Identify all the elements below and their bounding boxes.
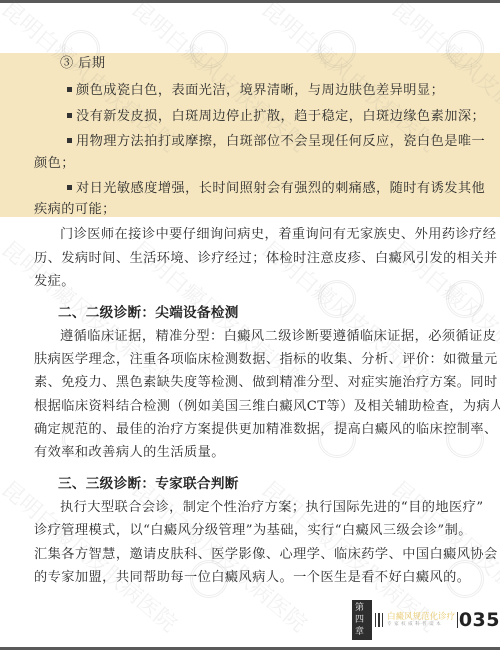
paragraph-line: 门诊医师在接诊中要仔细询问病史，着重询问有无家族史、外用药诊疗经: [60, 226, 496, 244]
watermark-seal-icon: [446, 280, 484, 318]
paragraph-line: 执行大型联合会诊，制定个性治疗方案；执行国际先进的“目的地医疗”: [60, 499, 484, 517]
book-title-sub: 专家权威科普读本: [387, 622, 455, 628]
paragraph-line: 确定规范的、最佳的治疗方案提供更加精准数据，提高白癜风的临床控制率、: [34, 421, 498, 439]
bullet-item-continuation: 颜色；: [34, 155, 75, 173]
stage-subheading: ③ 后期: [60, 55, 106, 73]
section-heading-level3: 三、三级诊断：专家联合判断: [58, 472, 239, 492]
footer-separator: [457, 612, 458, 628]
paragraph-line: 的专家加盟，共同帮助每一位白癜风病人。一个医生是看不好白癜风的。: [34, 569, 470, 587]
paragraph-line: 素、免疫力、黑色素缺失度等检测、做到精准分型、对症实施治疗方案。同时: [34, 374, 498, 392]
paragraph-line: 发症。: [34, 273, 75, 291]
paragraph-line: 根据临床资料结合检测（例如美国三维白癜风CT等）及相关辅助检查，为病人: [34, 398, 500, 416]
book-title-main: 白癜风规范化诊疗: [387, 612, 455, 622]
paragraph-line: 历、发病时间、生活环境、诊疗经过；体检时注意皮疹、白癜风引发的相关并: [34, 250, 498, 268]
book-title: 白癜风规范化诊疗 专家权威科普读本: [387, 612, 455, 628]
square-bullet-icon: [67, 138, 72, 143]
paragraph-line: 遵循临床证据，精准分型：白癜风二级诊断要遵循临床证据，必须循证皮: [60, 328, 496, 346]
page-footer: 第四章 白癜风规范化诊疗 专家权威科普读本 035: [352, 610, 500, 630]
section-heading-level2: 二、二级诊断：尖端设备检测: [58, 301, 239, 321]
bullet-item: 对日光敏感度增强，长时间照射会有强烈的刺痛感，随时有诱发其他: [67, 180, 485, 198]
paragraph-line: 汇集各方智慧，邀请皮肤科、医学影像、心理学、临床药学、中国白癜风协会: [34, 546, 498, 564]
bullet-item-continuation: 疾病的可能；: [34, 201, 116, 219]
paragraph-line: 有效率和改善病人的生活质量。: [34, 444, 225, 462]
paragraph-line: 诊疗管理模式，以“白癜风分级管理”为基础，实行“白癜风三级会诊”制。: [34, 522, 472, 540]
square-bullet-icon: [67, 185, 72, 190]
bullet-item: 没有新发皮损，白斑周边停止扩散，趋于稳定，白斑边缘色素加深；: [67, 108, 485, 126]
bullet-item: 颜色成瓷白色，表面光洁，境界清晰，与周边肤色差异明显；: [67, 82, 444, 100]
chapter-badge: 第四章: [352, 600, 372, 640]
paragraph-line: 肤病医学理念，注重各项临床检测数据、指标的收集、分析、评价：如微量元: [34, 351, 498, 369]
watermark-seal-icon: [318, 280, 356, 318]
bullet-item: 用物理方法拍打或摩擦，白斑部位不会呈现任何反应，瓷白色是唯一: [67, 133, 485, 151]
page-number: 035: [459, 609, 500, 631]
square-bullet-icon: [67, 113, 72, 118]
top-rule: [0, 0, 500, 3]
square-bullet-icon: [67, 87, 72, 92]
barcode-bars-icon: [375, 613, 384, 627]
